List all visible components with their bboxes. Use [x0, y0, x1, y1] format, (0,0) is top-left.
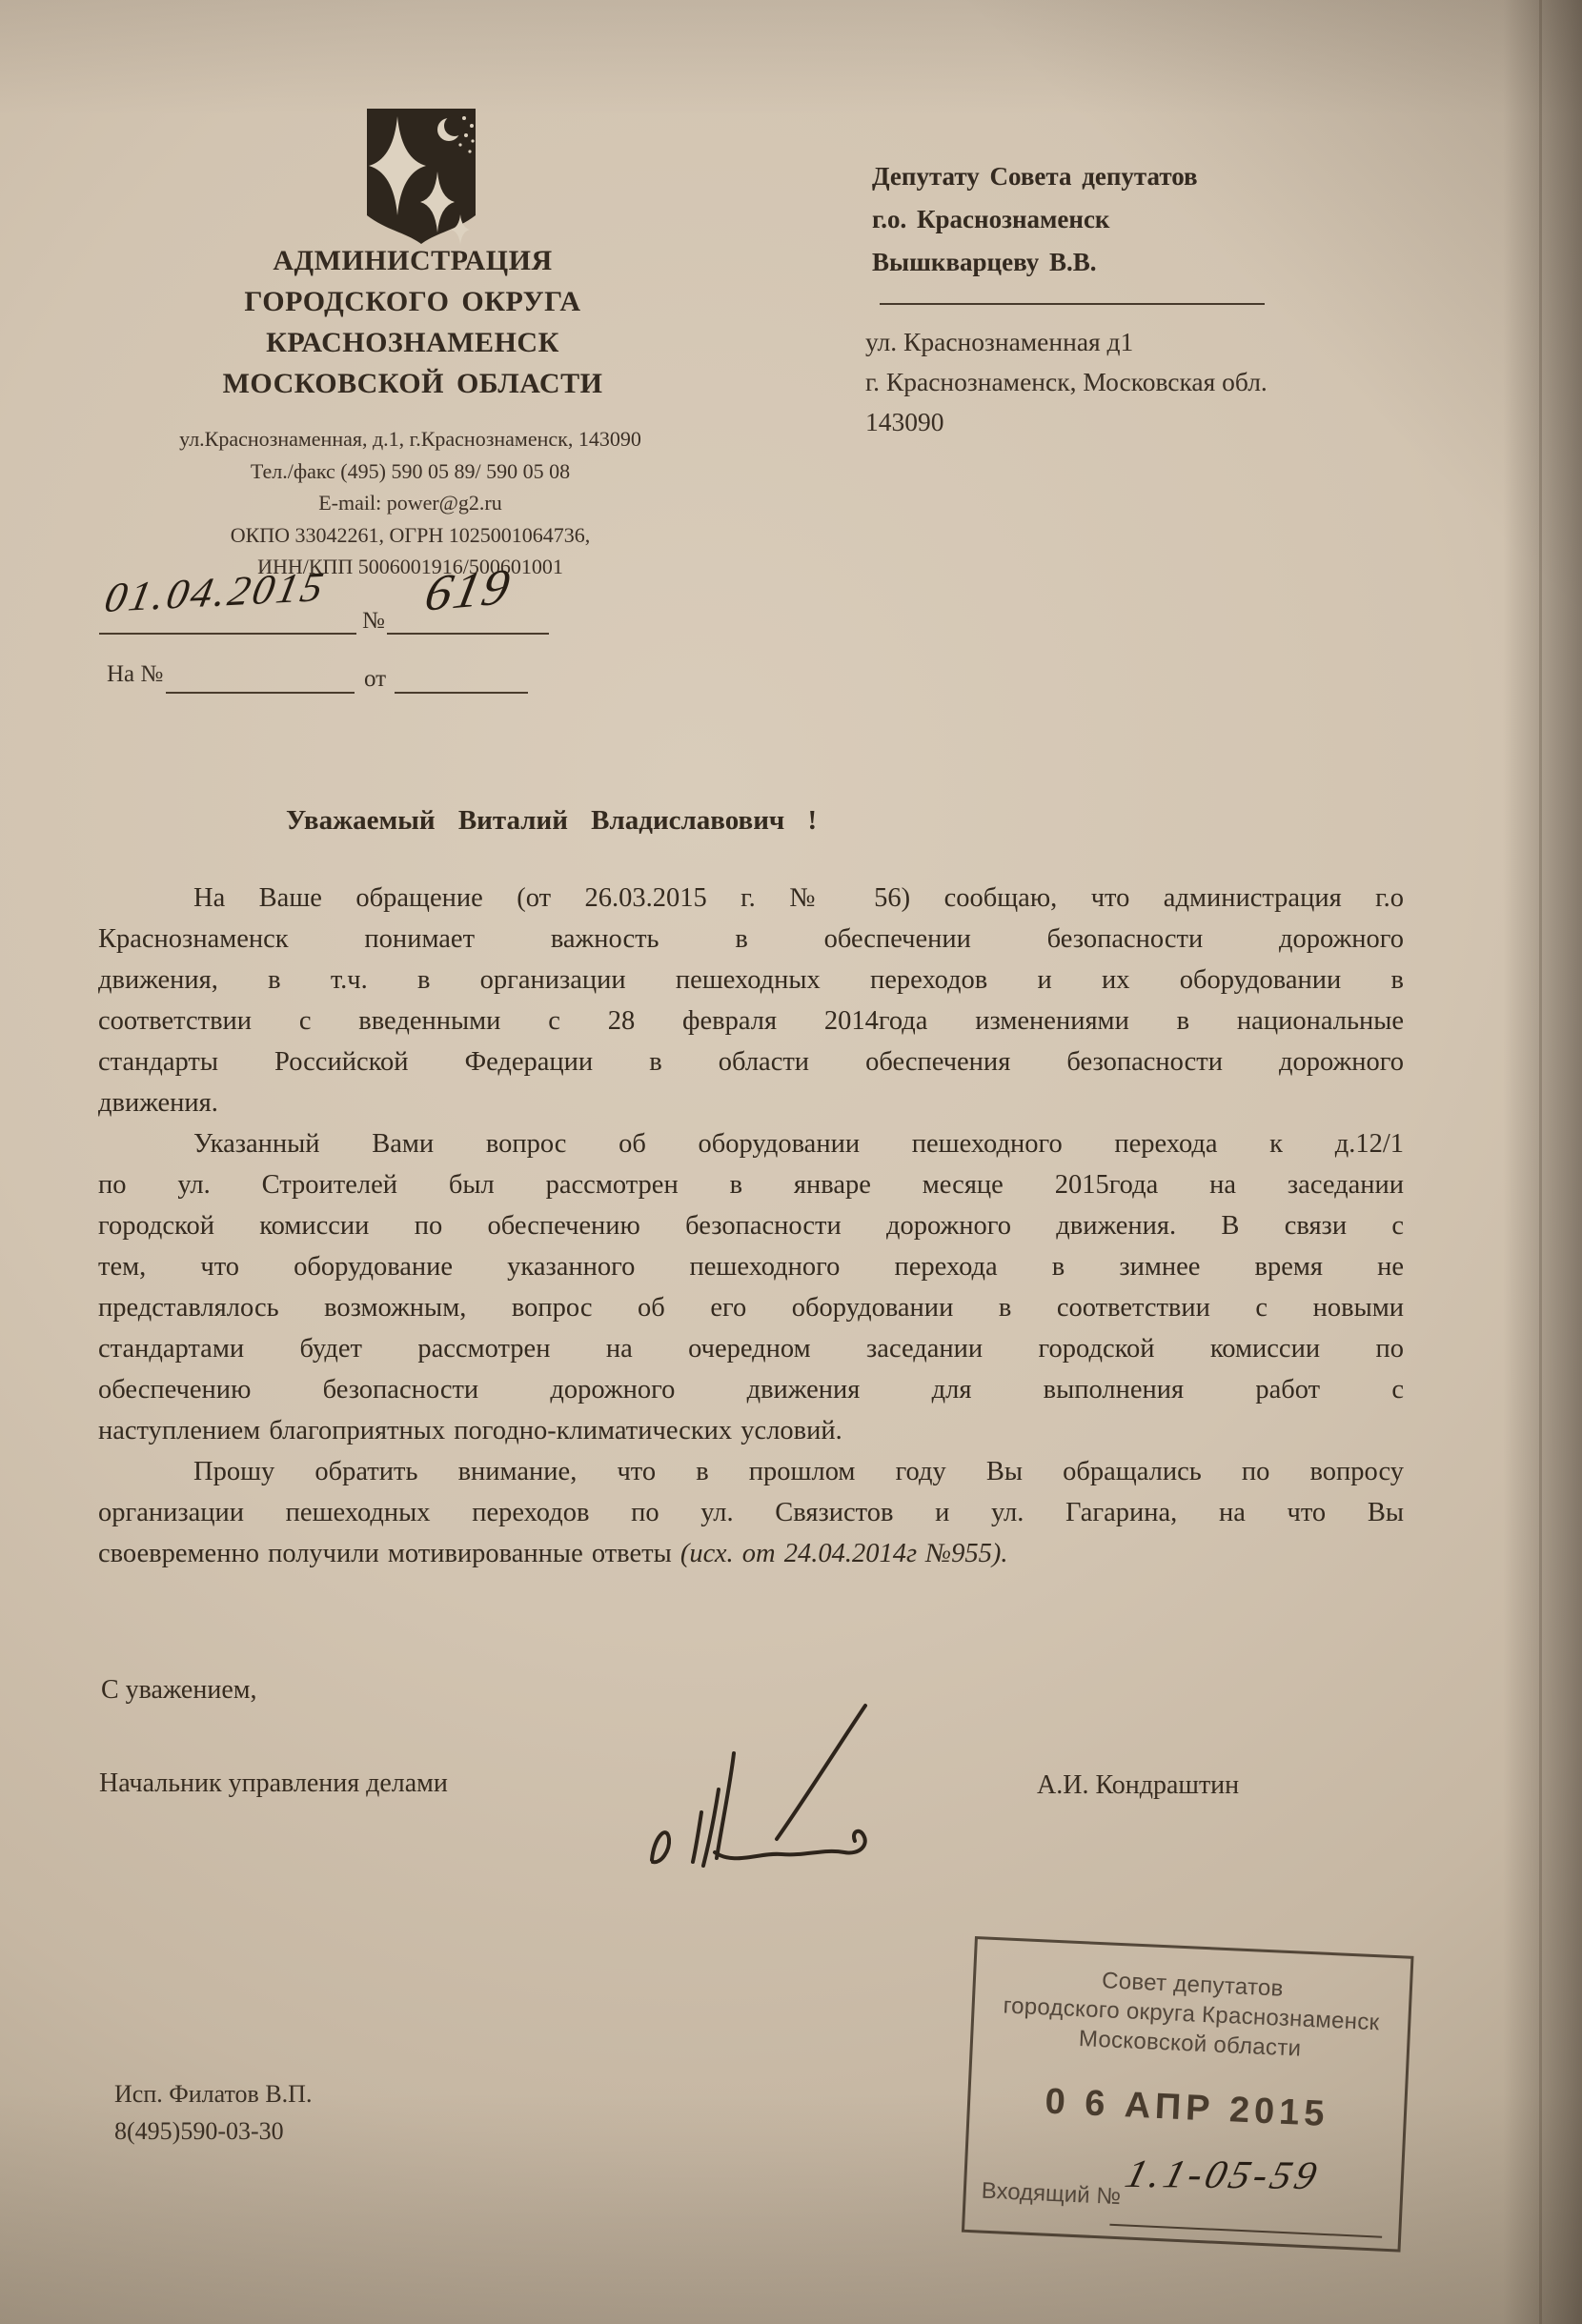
number-sign-label: №: [362, 608, 385, 635]
recipient-address-line: 143090: [865, 402, 1399, 442]
stamp-org-block: Совет депутатов городского округа Красно…: [973, 1960, 1410, 2069]
body-line: соответствии с введенными с 28 февраля 2…: [98, 1000, 1404, 1041]
stamp-incoming-number-handwritten: 1.1-05-59: [1121, 2152, 1326, 2199]
signer-title: Начальник управления делами: [99, 1768, 448, 1799]
salutation: Уважаемый Виталий Владиславович !: [286, 805, 817, 837]
body-line: Краснознаменск понимает важность в обесп…: [98, 919, 1404, 960]
incoming-stamp: Совет депутатов городского округа Красно…: [962, 1936, 1414, 2253]
signer-name: А.И. Кондраштин: [1037, 1770, 1239, 1801]
body-line-reference-italic: (исх. от 24.04.2014г №955).: [680, 1539, 1008, 1568]
body-line: стандартами будет рассмотрен на очередно…: [98, 1328, 1404, 1369]
reply-to-label: На №: [107, 661, 163, 688]
body-line: стандарты Российской Федерации в области…: [98, 1041, 1404, 1082]
recipient-address-line: ул. Краснознаменная д1: [865, 322, 1399, 362]
body-line: организации пешеходных переходов по ул. …: [98, 1492, 1404, 1533]
from-line: [395, 692, 528, 694]
closing-regards: С уважением,: [101, 1675, 256, 1706]
recipient-block: Депутату Совета депутатов г.о. Краснозна…: [872, 155, 1329, 284]
org-name-line: КРАСНОЗНАМЕНСК: [151, 322, 675, 363]
recipient-address-block: ул. Краснознаменная д1 г. Краснознаменск…: [865, 322, 1399, 442]
org-name-block: АДМИНИСТРАЦИЯ ГОРОДСКОГО ОКРУГА КРАСНОЗН…: [151, 240, 675, 404]
body-line: движения.: [98, 1082, 1404, 1123]
reply-to-line: [166, 692, 355, 694]
org-name-line: ГОРОДСКОГО ОКРУГА: [151, 281, 675, 322]
paper-crease: [1539, 0, 1542, 2324]
recipient-separator: [880, 303, 1265, 305]
body-line: тем, что оборудование указанного пешеход…: [98, 1246, 1404, 1287]
org-address: ул.Краснознаменная, д.1, г.Краснознаменс…: [122, 423, 699, 455]
recipient-line: г.о. Краснознаменск: [872, 198, 1329, 241]
from-label: от: [364, 666, 386, 693]
body-line-text: своевременно получили мотивированные отв…: [98, 1539, 680, 1568]
stamp-incoming-line: [1109, 2224, 1382, 2238]
org-contact-block: ул.Краснознаменная, д.1, г.Краснознаменс…: [122, 423, 699, 583]
body-line: движения, в т.ч. в организации пешеходны…: [98, 960, 1404, 1000]
org-name-line: АДМИНИСТРАЦИЯ: [151, 240, 675, 281]
org-email: E-mail: power@g2.ru: [122, 487, 699, 519]
recipient-address-line: г. Краснознаменск, Московская обл.: [865, 362, 1399, 402]
org-name-line: МОСКОВСКОЙ ОБЛАСТИ: [151, 363, 675, 404]
signature-scribble: [619, 1698, 915, 1879]
recipient-line: Вышкварцеву В.В.: [872, 241, 1329, 284]
stamp-incoming-label: Входящий №: [981, 2178, 1121, 2212]
body-line: обеспечению безопасности дорожного движе…: [98, 1369, 1404, 1410]
letter-body: На Ваше обращение (от 26.03.2015 г. № 56…: [98, 878, 1404, 1574]
body-line: На Ваше обращение (от 26.03.2015 г. № 56…: [98, 878, 1404, 919]
executor-phone: 8(495)590-03-30: [114, 2112, 312, 2150]
body-line: Указанный Вами вопрос об оборудовании пе…: [98, 1123, 1404, 1164]
stamp-date: 0 6 АПР 2015: [969, 2078, 1404, 2139]
org-phone: Тел./факс (495) 590 05 89/ 590 05 08: [122, 455, 699, 488]
body-line: Прошу обратить внимание, что в прошлом г…: [98, 1451, 1404, 1492]
scanned-letter-page: АДМИНИСТРАЦИЯ ГОРОДСКОГО ОКРУГА КРАСНОЗН…: [0, 0, 1582, 2324]
outgoing-number-handwritten: 619: [420, 556, 517, 622]
executor-block: Исп. Филатов В.П. 8(495)590-03-30: [114, 2075, 312, 2150]
outgoing-number-line: [387, 633, 549, 635]
body-line: наступлением благоприятных погодно-клима…: [98, 1410, 1404, 1451]
outgoing-date-line: [99, 633, 356, 635]
body-line: своевременно получили мотивированные отв…: [98, 1533, 1404, 1574]
body-line: по ул. Строителей был рассмотрен в январ…: [98, 1164, 1404, 1205]
coat-of-arms-emblem-icon: [365, 107, 477, 246]
body-line: городской комиссии по обеспечению безопа…: [98, 1205, 1404, 1246]
org-okpo-ogrn: ОКПО 33042261, ОГРН 1025001064736,: [122, 519, 699, 552]
body-line: представлялось возможным, вопрос об его …: [98, 1287, 1404, 1328]
executor-name: Исп. Филатов В.П.: [114, 2075, 312, 2112]
recipient-line: Депутату Совета депутатов: [872, 155, 1329, 198]
